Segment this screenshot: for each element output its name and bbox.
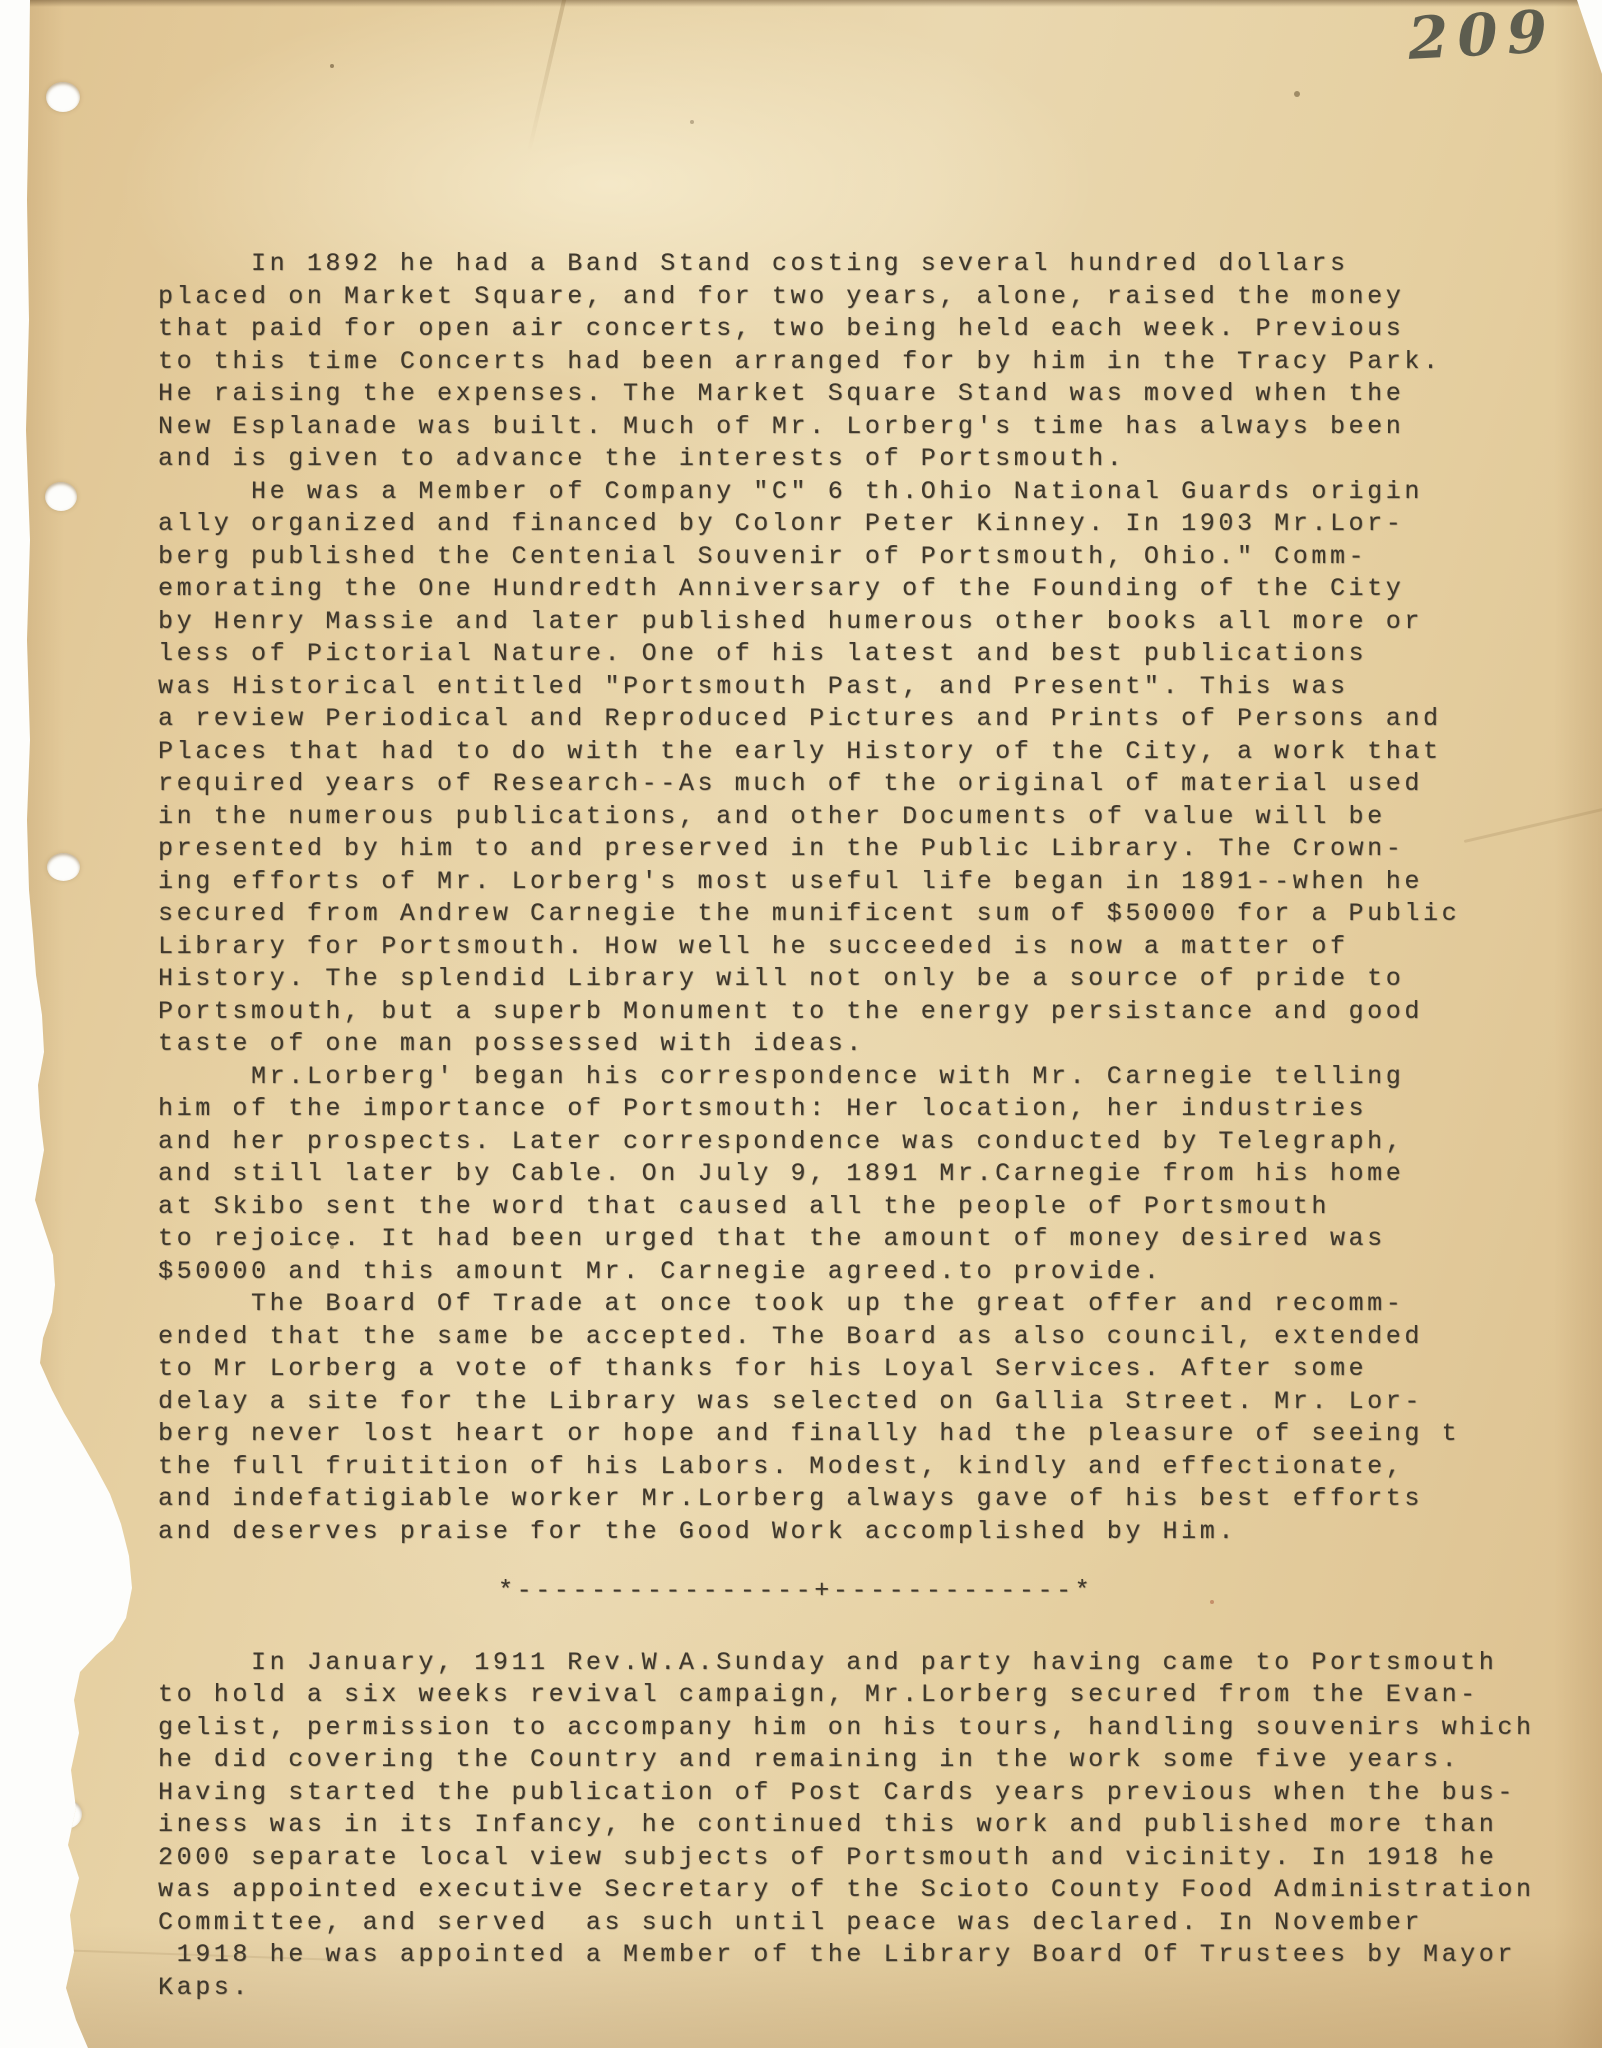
text-line: placed on Market Square, and for two yea…: [158, 281, 1568, 314]
text-line: and still later by Cable. On July 9, 189…: [158, 1158, 1568, 1191]
text-line: Committee, and served as such until peac…: [158, 1907, 1568, 1940]
punch-hole: [49, 1799, 82, 1829]
text-line: Kaps.: [158, 1972, 1568, 2005]
text-line: $50000 and this amount Mr. Carnegie agre…: [158, 1256, 1568, 1289]
text-line: was Historical entitled "Portsmouth Past…: [158, 671, 1568, 704]
text-line: by Henry Massie and later published hume…: [158, 606, 1568, 639]
paper-specks: [330, 64, 334, 68]
text-line: berg never lost heart or hope and finall…: [158, 1418, 1568, 1451]
text-line: In January, 1911 Rev.W.A.Sunday and part…: [158, 1647, 1568, 1680]
text-line: presented by him to and preserved in the…: [158, 833, 1568, 866]
text-line: required years of Research--As much of t…: [158, 768, 1568, 801]
section-divider: *----------------+-------------*: [498, 1575, 1568, 1608]
text-line: to this time Concerts had been arranged …: [158, 346, 1568, 379]
text-line: Portsmouth, but a superb Monument to the…: [158, 996, 1568, 1029]
text-line: the full fruitition of his Labors. Modes…: [158, 1451, 1568, 1484]
text-line: and her prospects. Later correspondence …: [158, 1126, 1568, 1159]
text-line: and deserves praise for the Good Work ac…: [158, 1516, 1568, 1549]
text-line: iness was in its Infancy, he continued t…: [158, 1809, 1568, 1842]
text-line: Library for Portsmouth. How well he succ…: [158, 931, 1568, 964]
text-line: The Board Of Trade at once took up the g…: [158, 1288, 1568, 1321]
text-line: that paid for open air concerts, two bei…: [158, 313, 1568, 346]
text-line: He raising the expenses. The Market Squa…: [158, 378, 1568, 411]
text-line: He was a Member of Company "C" 6 th.Ohio…: [158, 476, 1568, 509]
text-line: delay a site for the Library was selecte…: [158, 1386, 1568, 1419]
text-line: Places that had to do with the early His…: [158, 736, 1568, 769]
typewritten-body: In 1892 he had a Band Stand costing seve…: [158, 248, 1568, 2004]
text-line: to Mr Lorberg a vote of thanks for his L…: [158, 1353, 1568, 1386]
text-line: to rejoice. It had been urged that the a…: [158, 1223, 1568, 1256]
text-line: 1918 he was appointed a Member of the Li…: [158, 1939, 1568, 1972]
scanned-page-background: 209 In 1892 he had a Band Stand costing …: [0, 0, 1602, 2048]
text-line: New Esplanade was built. Much of Mr. Lor…: [158, 411, 1568, 444]
text-line: in the numerous publications, and other …: [158, 801, 1568, 834]
punch-hole: [46, 82, 80, 112]
text-line: less of Pictorial Nature. One of his lat…: [158, 638, 1568, 671]
text-line: a review Periodical and Reproduced Pictu…: [158, 703, 1568, 736]
crease-mark: [527, 0, 567, 152]
text-line: 2000 separate local view subjects of Por…: [158, 1842, 1568, 1875]
text-line: him of the importance of Portsmouth: Her…: [158, 1093, 1568, 1126]
text-line: he did covering the Country and remainin…: [158, 1744, 1568, 1777]
text-line: ally organized and financed by Colonr Pe…: [158, 508, 1568, 541]
text-line: secured from Andrew Carnegie the munific…: [158, 898, 1568, 931]
paper-sheet: 209 In 1892 he had a Band Stand costing …: [0, 0, 1602, 2048]
text-line: In 1892 he had a Band Stand costing seve…: [158, 248, 1568, 281]
text-line: emorating the One Hundredth Anniversary …: [158, 573, 1568, 606]
text-line: gelist, permission to accompany him on h…: [158, 1712, 1568, 1745]
text-line: to hold a six weeks revival campaign, Mr…: [158, 1679, 1568, 1712]
text-line: ing efforts of Mr. Lorberg's most useful…: [158, 866, 1568, 899]
text-line: History. The splendid Library will not o…: [158, 963, 1568, 996]
punch-hole: [45, 482, 77, 511]
text-line: at Skibo sent the word that caused all t…: [158, 1191, 1568, 1224]
punch-hole: [47, 853, 80, 881]
text-line: Having started the publication of Post C…: [158, 1777, 1568, 1810]
text-line: taste of one man possessed with ideas.: [158, 1028, 1568, 1061]
text-line: ended that the same be accepted. The Boa…: [158, 1321, 1568, 1354]
text-line: and indefatigiable worker Mr.Lorberg alw…: [158, 1483, 1568, 1516]
text-line: Mr.Lorberg' began his correspondence wit…: [158, 1061, 1568, 1094]
text-line: and is given to advance the interests of…: [158, 443, 1568, 476]
text-line: berg published the Centenial Souvenir of…: [158, 541, 1568, 574]
text-line: was appointed executive Secretary of the…: [158, 1874, 1568, 1907]
page-number-handwritten: 209: [1407, 2, 1558, 68]
